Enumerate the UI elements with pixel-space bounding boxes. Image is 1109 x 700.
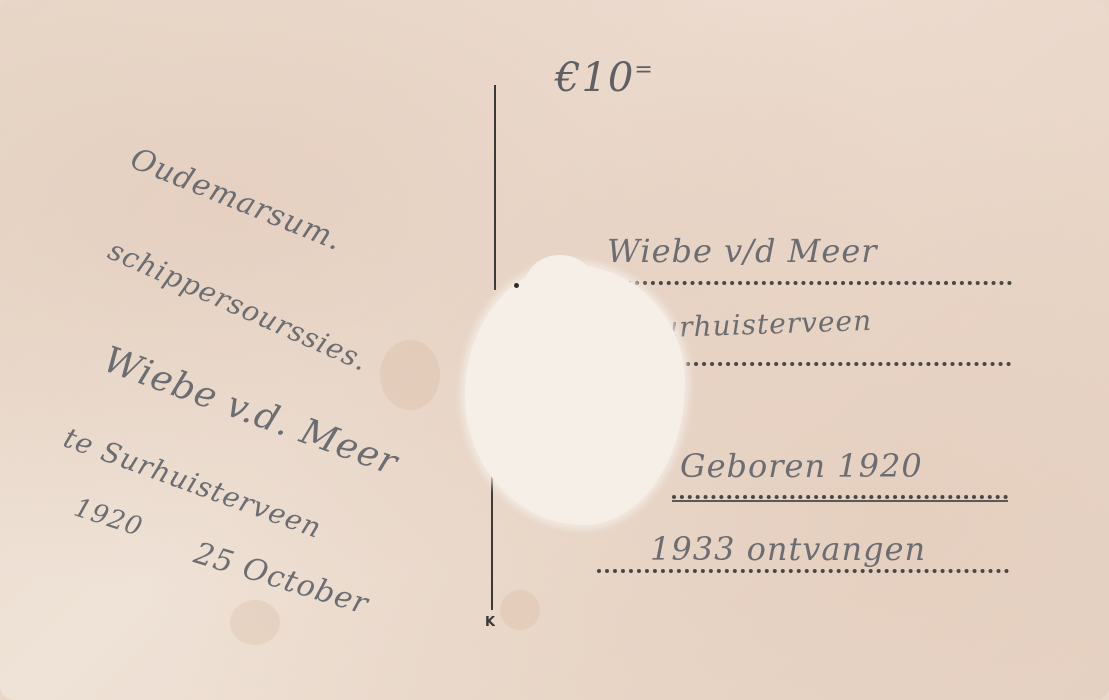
- message-line-6: 25 October: [190, 536, 373, 622]
- printer-mark: K: [485, 615, 495, 630]
- center-divider: [491, 460, 493, 610]
- address-line-1: Wiebe v/d Meer: [607, 232, 878, 270]
- ink-dot: [514, 283, 519, 288]
- address-line-2-rule: [678, 362, 1011, 366]
- stain: [380, 340, 440, 410]
- postcard-back: €10= Oudemarsum. schippersourssies. Wieb…: [0, 0, 1109, 700]
- removed-stamp-area: [465, 265, 685, 525]
- price-note: €10=: [555, 55, 654, 101]
- center-divider: [494, 85, 496, 290]
- address-line-3-rule-solid: [672, 500, 1008, 502]
- message-line-5: 1920: [70, 493, 146, 543]
- stain: [500, 590, 540, 630]
- address-line-4: 1933 ontvangen: [650, 530, 926, 568]
- address-line-4-rule: [597, 569, 1009, 573]
- address-line-3-rule: [672, 495, 1008, 499]
- address-line-3: Geboren 1920: [680, 447, 923, 485]
- stain: [230, 600, 280, 645]
- message-line-1: Oudemarsum.: [125, 141, 347, 258]
